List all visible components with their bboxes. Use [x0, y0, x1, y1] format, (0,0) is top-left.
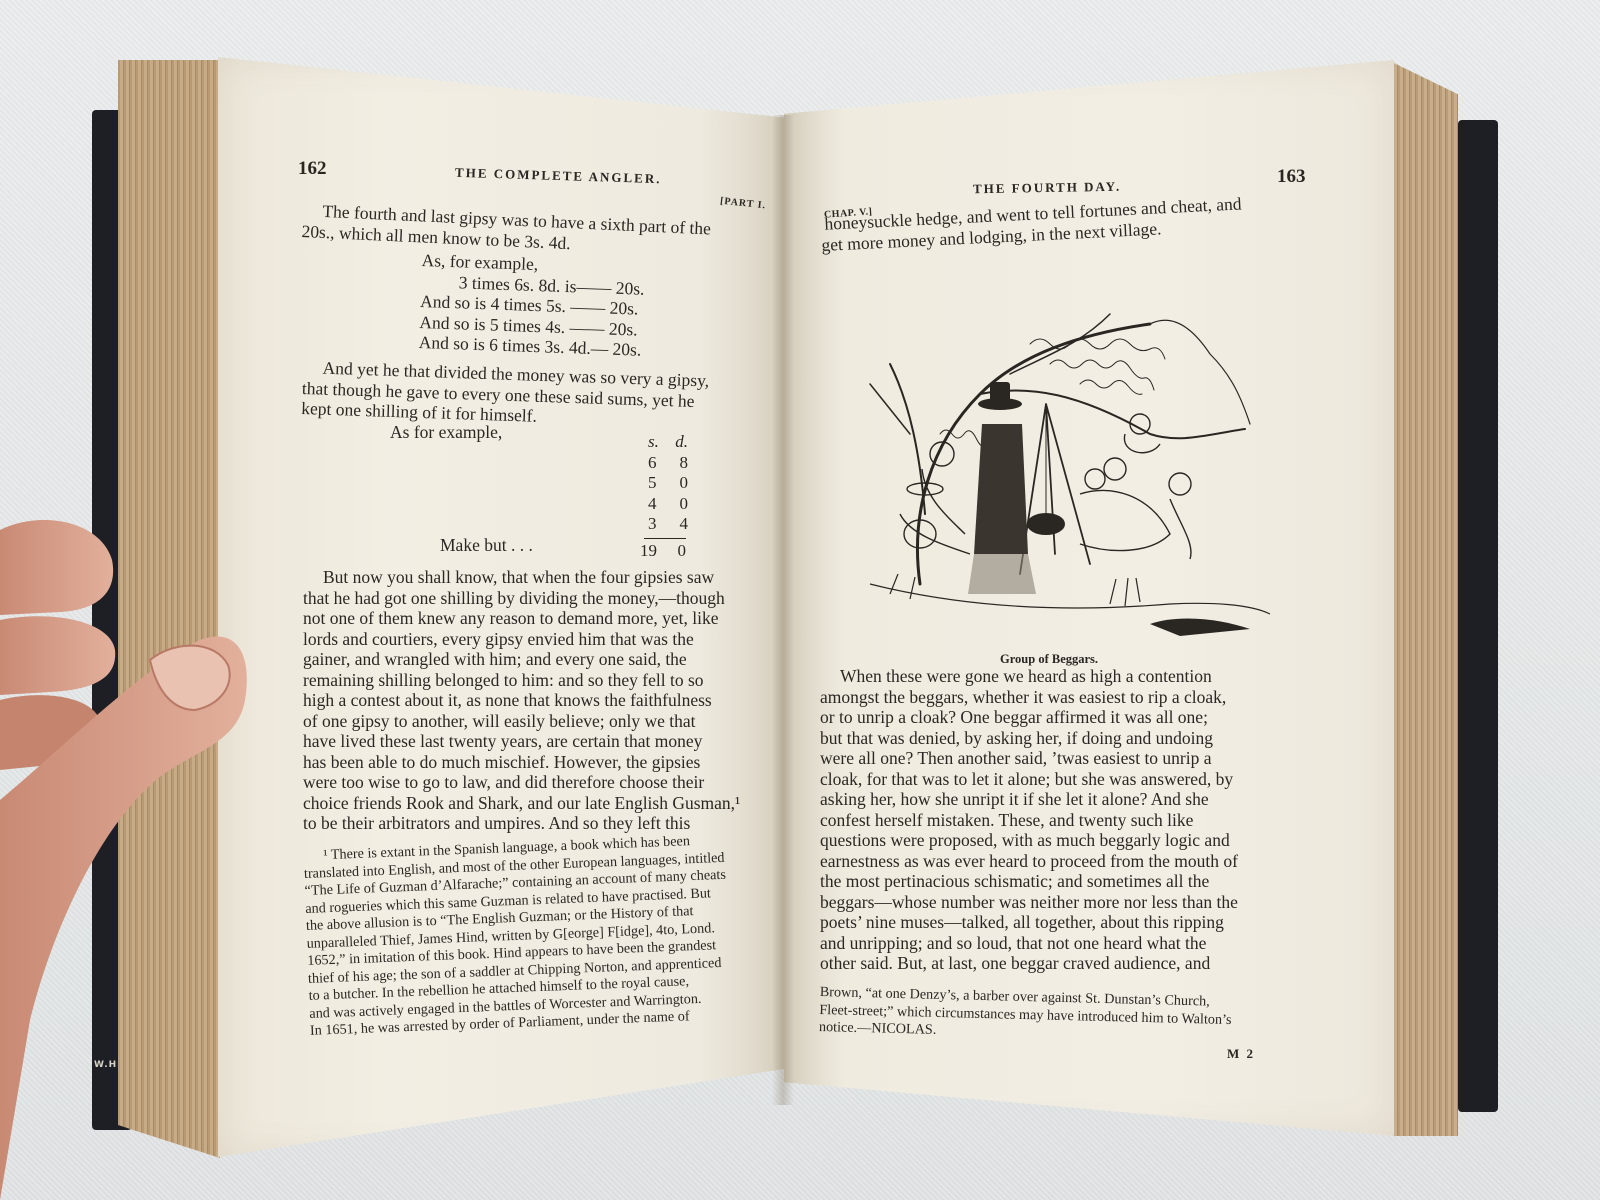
- paragraph-four-gipsies: But now you shall know, that when the fo…: [303, 567, 773, 834]
- ledger-row: 34: [648, 514, 688, 535]
- illustration-caption: Group of Beggars.: [1000, 652, 1098, 667]
- footnote-guzman: ¹ There is extant in the Spanish languag…: [303, 830, 780, 1040]
- sum-rule: [644, 538, 686, 539]
- ledger-row: 68: [648, 453, 688, 474]
- woodcut-illustration-group-of-beggars: [850, 284, 1280, 640]
- example-intro: As for example,: [390, 422, 502, 443]
- ledger-row: 50: [648, 473, 688, 494]
- page-number-left: 162: [298, 158, 327, 180]
- ledger-row: 40: [648, 494, 688, 515]
- example-sums: As, for example, 3 times 6s. 8d. is—— 20…: [418, 250, 721, 363]
- page-number-right: 163: [1277, 166, 1306, 188]
- hand-holding-book: [0, 500, 260, 1200]
- ledger-total: 190: [640, 541, 686, 562]
- paragraph-beggars-contention: When these were gone we heard as high a …: [820, 666, 1310, 974]
- ledger-header: s. d.: [648, 432, 688, 453]
- signature-mark: M 2: [1227, 1046, 1255, 1062]
- page-edge-right: [1392, 62, 1458, 1136]
- ledger-table: s. d. 68 50 40 34 190: [648, 432, 708, 561]
- book-cover-right: [1458, 120, 1498, 1112]
- running-head-right: THE FOURTH DAY.: [973, 179, 1121, 198]
- ledger-total-label: Make but . . .: [440, 535, 533, 556]
